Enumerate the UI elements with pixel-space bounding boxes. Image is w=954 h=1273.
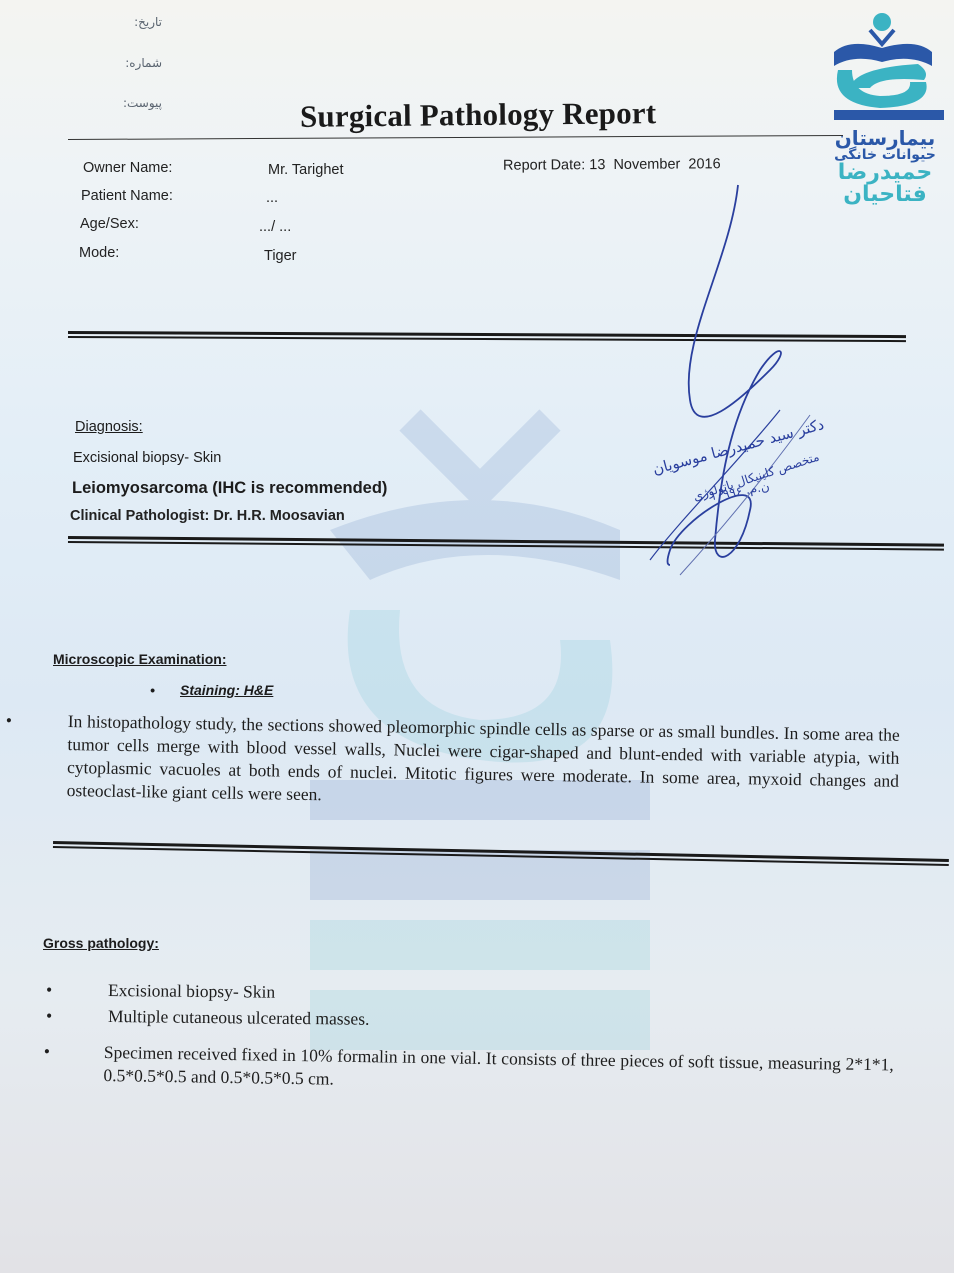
age-sex-value: .../ ... [259,219,291,235]
mode-label: Mode: [79,245,119,261]
patient-name-value: ... [266,190,278,206]
report-date-value: 13 November 2016 [589,156,720,173]
attachment-field-label: پیوست: [82,96,162,110]
patient-name-label: Patient Name: [81,188,173,204]
age-sex-label: Age/Sex: [80,216,139,232]
number-field-label: شماره: [82,56,162,70]
owner-name-value: Mr. Tarighet [268,162,344,178]
report-date-label: Report Date: [503,157,585,174]
gross-item: Excisional biopsy- Skin [108,979,275,1004]
microscopic-findings: In histopathology study, the sections sh… [66,710,899,816]
clinical-pathologist: Clinical Pathologist: Dr. H.R. Moosavian [70,508,345,524]
diagnosis-result: Leiomyosarcoma (IHC is recommended) [72,479,387,498]
gross-item: Multiple cutaneous ulcerated masses. [108,1005,370,1031]
pathologist-signature: دکتر سید حمیدرضا موسویان متخصص کلینیکال … [620,180,870,580]
report-date: Report Date: 13 November 2016 [503,156,721,174]
title-divider [68,135,843,140]
gross-item: Specimen received fixed in 10% formalin … [103,1041,894,1099]
microscopic-heading: Microscopic Examination: [53,651,226,667]
hospital-logo-icon [820,8,950,123]
microscopic-text: In histopathology study, the sections sh… [67,711,900,804]
staining-text: Staining: H&E [180,682,273,698]
owner-name-label: Owner Name: [83,160,172,176]
gross-heading: Gross pathology: [43,935,159,951]
mode-value: Tiger [264,248,297,264]
report-title: Surgical Pathology Report [300,95,657,135]
diagnosis-heading: Diagnosis: [75,419,143,435]
logo-line-hospital: بیمارستان [820,128,950,148]
diagnosis-procedure: Excisional biopsy- Skin [73,450,221,466]
staining-item: Staining: H&E [180,682,273,698]
date-field-label: تاریخ: [82,15,162,29]
